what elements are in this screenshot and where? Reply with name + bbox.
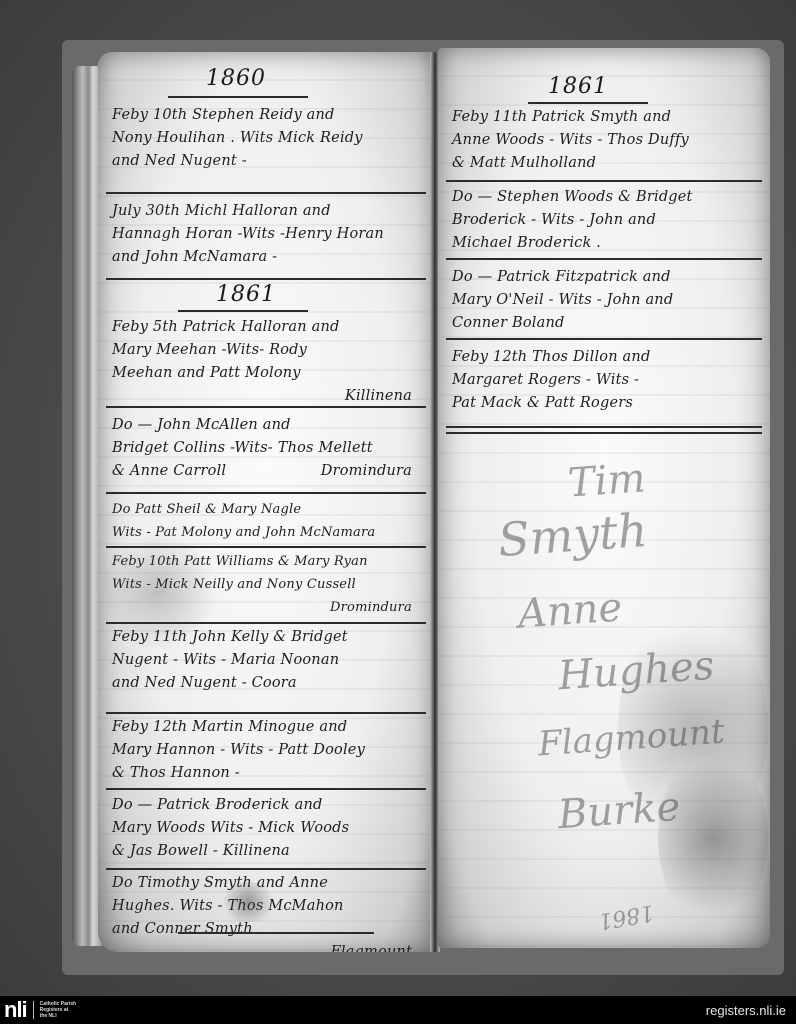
bleed-through-text: Smyth <box>496 503 649 567</box>
year-underline <box>168 96 308 98</box>
register-scan-image: 1860 Feby 10th Stephen Reidy and Nony Ho… <box>0 0 796 996</box>
entry-line: Do Patt Sheil & Mary Nagle <box>112 498 422 521</box>
marriage-entry: Feby 12th Thos Dillon and Margaret Roger… <box>452 346 758 415</box>
brand-text: Catholic Parish Registers at the NLI <box>40 1001 76 1019</box>
entry-line: Anne Woods - Wits - Thos Duffy <box>452 129 758 152</box>
entry-line: Feby 5th Patrick Halloran and <box>112 316 422 339</box>
entry-line: Feby 12th Martin Minogue and <box>112 716 422 739</box>
entry-line: Bridget Collins -Wits- Thos Mellett <box>112 437 422 460</box>
entry-line: Mary Woods Wits - Mick Woods <box>112 817 422 840</box>
entry-line: Broderick - Wits - John and <box>452 209 758 232</box>
entry-line: Nugent - Wits - Maria Noonan <box>112 649 422 672</box>
entry-line: Margaret Rogers - Wits - <box>452 369 758 392</box>
entry-line: Meehan and Patt Molony <box>112 362 422 385</box>
entry-line: and John McNamara - <box>112 246 422 269</box>
entry-line: and Conner Smyth <box>112 918 422 941</box>
ink-smudge <box>98 532 218 652</box>
entry-line: & Jas Bowell - Killinena <box>112 840 422 863</box>
year-heading: 1861 <box>216 282 276 307</box>
entry-line: & Thos Hannon - <box>112 762 422 785</box>
entry-line: Do — Stephen Woods & Bridget <box>452 186 758 209</box>
entry-divider <box>446 338 762 340</box>
entry-divider <box>446 426 762 428</box>
entry-divider <box>106 278 426 280</box>
entry-divider <box>106 712 426 714</box>
marriage-entry: Feby 12th Martin Minogue and Mary Hannon… <box>112 716 422 785</box>
entry-divider <box>446 432 762 434</box>
entry-line: Michael Broderick . <box>452 232 758 255</box>
year-heading: 1860 <box>206 66 266 91</box>
entry-divider <box>106 788 426 790</box>
entry-line: Do — Patrick Broderick and <box>112 794 422 817</box>
entry-line: and Ned Nugent - Coora <box>112 672 422 695</box>
entry-divider <box>106 492 426 494</box>
year-underline <box>528 102 648 104</box>
entry-line: Feby 12th Thos Dillon and <box>452 346 758 369</box>
bleed-through-text: Anne <box>517 584 624 637</box>
entry-divider <box>106 406 426 408</box>
entry-line: Do — Patrick Fitzpatrick and <box>452 266 758 289</box>
brand-line: the NLI <box>40 1013 76 1019</box>
entry-line: and Ned Nugent - <box>112 150 422 173</box>
marriage-entry: Do — John McAllen and Bridget Collins -W… <box>112 414 422 483</box>
marriage-entry: July 30th Michl Halloran and Hannagh Hor… <box>112 200 422 269</box>
entry-divider <box>446 258 762 260</box>
site-url[interactable]: registers.nli.ie <box>706 1003 786 1018</box>
entry-line: Nony Houlihan . Wits Mick Reidy <box>112 127 422 150</box>
bleed-through-text: Tim <box>566 455 646 506</box>
entry-line: July 30th Michl Halloran and <box>112 200 422 223</box>
brand-separator <box>33 1001 34 1019</box>
marriage-entry: Do — Stephen Woods & Bridget Broderick -… <box>452 186 758 255</box>
entry-divider <box>178 932 374 934</box>
ink-smudge <box>218 882 278 922</box>
footer-bar: nli Catholic Parish Registers at the NLI… <box>0 996 796 1024</box>
entry-divider <box>446 180 762 182</box>
marriage-entry: Do — Patrick Broderick and Mary Woods Wi… <box>112 794 422 863</box>
entry-line: Feby 10th Stephen Reidy and <box>112 104 422 127</box>
bleed-through-number: 1861 <box>596 899 655 933</box>
ink-smudge <box>658 748 768 928</box>
nli-logo: nli <box>4 999 27 1021</box>
marriage-entry: Feby 10th Stephen Reidy and Nony Houliha… <box>112 104 422 173</box>
right-page: 1861 Feby 11th Patrick Smyth and Anne Wo… <box>438 48 770 948</box>
entry-divider <box>106 192 426 194</box>
marriage-entry: Feby 11th Patrick Smyth and Anne Woods -… <box>452 106 758 175</box>
entry-line: Pat Mack & Patt Rogers <box>452 392 758 415</box>
entry-divider <box>106 868 426 870</box>
entry-line: Mary Meehan -Wits- Rody <box>112 339 422 362</box>
year-underline <box>178 310 308 312</box>
year-heading: 1861 <box>548 74 608 99</box>
townland-label: Flagmount <box>112 941 422 952</box>
entry-line: Feby 11th Patrick Smyth and <box>452 106 758 129</box>
entry-line: Hannagh Horan -Wits -Henry Horan <box>112 223 422 246</box>
entry-line: Do — John McAllen and <box>112 414 422 437</box>
marriage-entry: Do — Patrick Fitzpatrick and Mary O'Neil… <box>452 266 758 335</box>
townland-label: Killinena <box>112 385 422 408</box>
entry-line: & Matt Mulholland <box>452 152 758 175</box>
marriage-entry: Feby 5th Patrick Halloran and Mary Meeha… <box>112 316 422 408</box>
entry-line: Mary Hannon - Wits - Patt Dooley <box>112 739 422 762</box>
entry-line: Conner Boland <box>452 312 758 335</box>
left-page: 1860 Feby 10th Stephen Reidy and Nony Ho… <box>98 52 434 952</box>
entry-line: Mary O'Neil - Wits - John and <box>452 289 758 312</box>
nli-brand[interactable]: nli Catholic Parish Registers at the NLI <box>4 999 76 1021</box>
